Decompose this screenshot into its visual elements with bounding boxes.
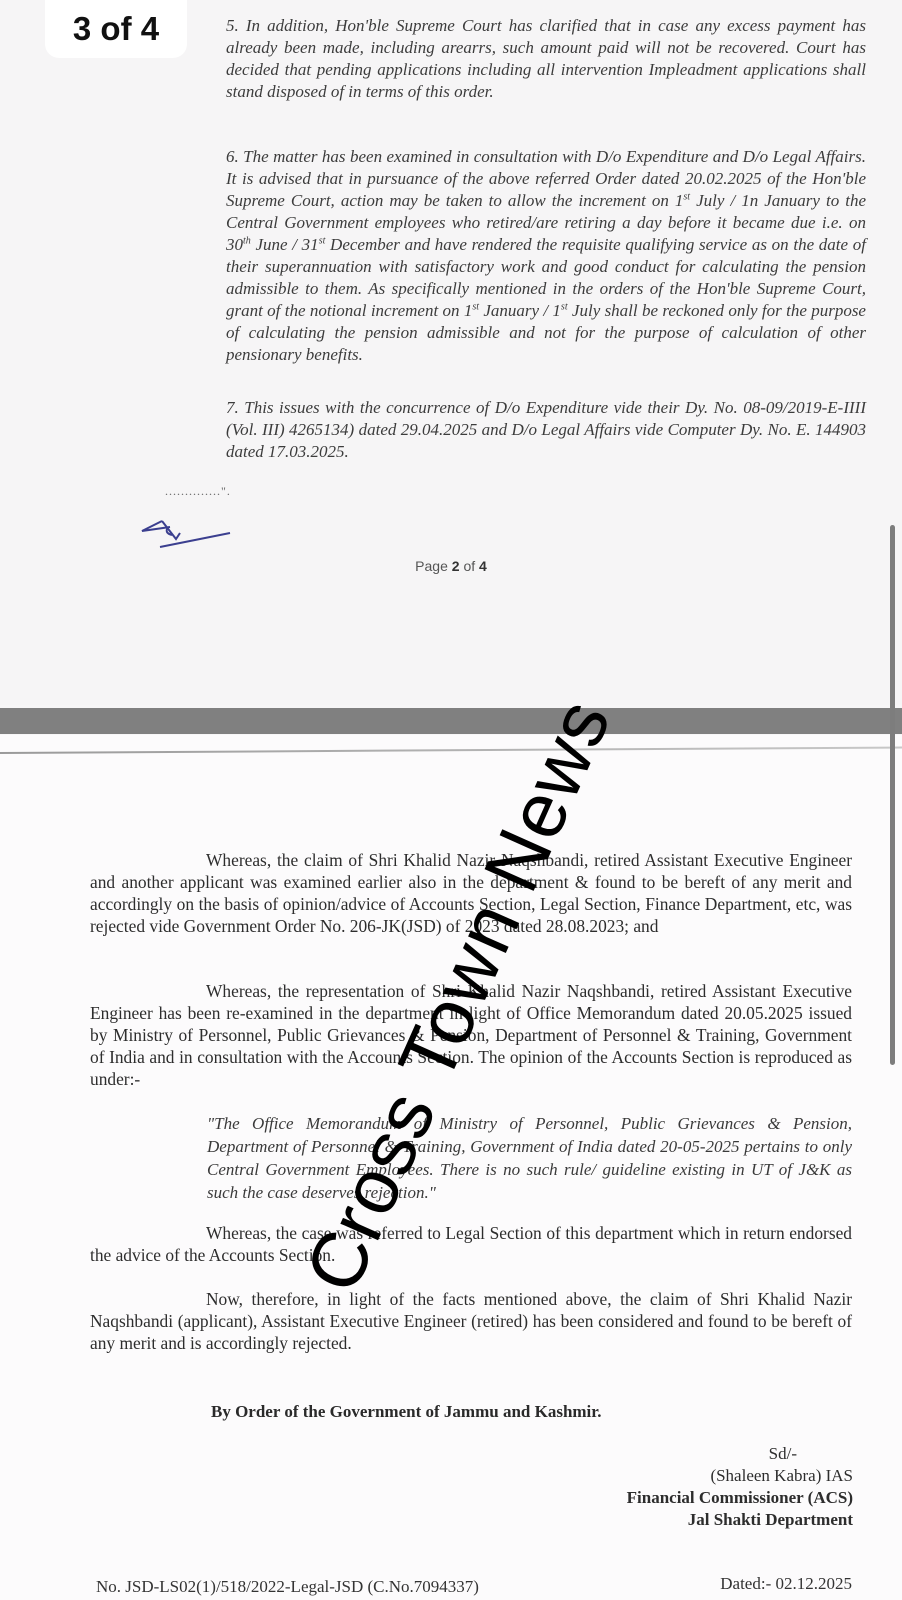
quote-close-dots: ..............". (165, 484, 231, 499)
footer-page-total: 4 (479, 558, 487, 574)
paragraph-7-text: 7. This issues with the concurrence of D… (226, 397, 866, 463)
superscript: st (561, 301, 568, 312)
paragraph-conclusion: Now, therefore, in light of the facts me… (90, 1288, 852, 1354)
superscript: th (243, 235, 251, 246)
p6-seg: June / 31 (251, 235, 319, 254)
reference-number: No. JSD-LS02(1)/518/2022-Legal-JSD (C.No… (96, 1577, 479, 1597)
by-order-line: By Order of the Government of Jammu and … (211, 1402, 602, 1422)
paragraph-6: 6. The matter has been examined in consu… (226, 146, 866, 366)
signoff-designation: Financial Commissioner (ACS) (627, 1487, 853, 1509)
page-footer: Page 2 of 4 (0, 558, 902, 574)
p6-seg: January / 1 (479, 301, 561, 320)
footer-of: of (460, 558, 479, 574)
document-page-upper: 5. In addition, Hon'ble Supreme Court ha… (0, 0, 902, 705)
page-counter-badge: 3 of 4 (45, 0, 187, 58)
page-separator (0, 708, 902, 734)
accounts-opinion-quote: "The Office Memorandum of Ministry of Pe… (207, 1112, 852, 1204)
order-date: Dated:- 02.12.2025 (720, 1574, 852, 1594)
paragraph-6-text: 6. The matter has been examined in consu… (226, 146, 866, 366)
paragraph-5-text: 5. In addition, Hon'ble Supreme Court ha… (226, 15, 866, 103)
scrollbar-thumb[interactable] (890, 525, 895, 1065)
signoff-department: Jal Shakti Department (627, 1509, 853, 1531)
signoff-block: Sd/- (Shaleen Kabra) IAS Financial Commi… (627, 1443, 853, 1531)
signoff-name: (Shaleen Kabra) IAS (627, 1465, 853, 1487)
paragraph-7: 7. This issues with the concurrence of D… (226, 397, 866, 463)
footer-prefix: Page (415, 558, 452, 574)
paragraph-conclusion-text: Now, therefore, in light of the facts me… (90, 1288, 852, 1354)
paragraph-legal-section: Whereas, the case was referred to Legal … (90, 1222, 852, 1266)
signature-icon (140, 503, 240, 553)
superscript: st (472, 301, 479, 312)
paragraph-legal-section-text: Whereas, the case was referred to Legal … (90, 1222, 852, 1266)
signoff-sd: Sd/- (627, 1443, 853, 1465)
paragraph-5: 5. In addition, Hon'ble Supreme Court ha… (226, 15, 866, 103)
quote-text: "The Office Memorandum of Ministry of Pe… (207, 1112, 852, 1204)
footer-page-number: 2 (452, 558, 460, 574)
